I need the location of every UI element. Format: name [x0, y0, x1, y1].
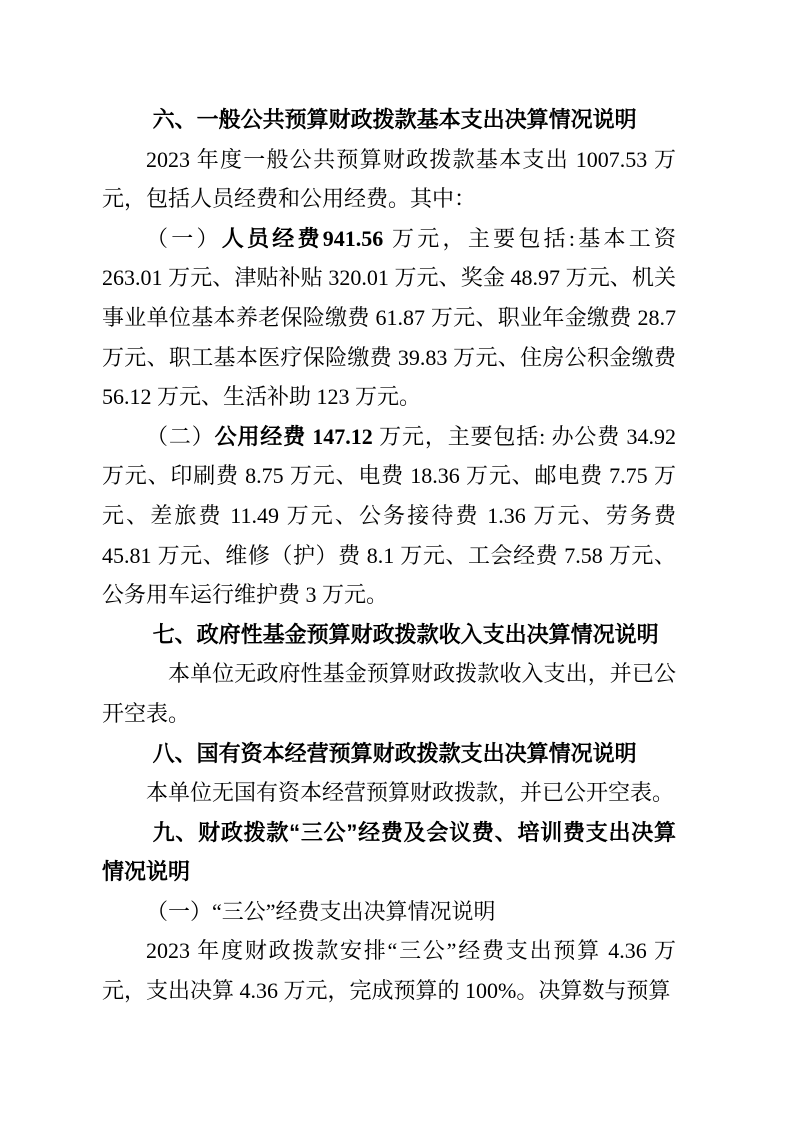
text-run: 七、政府性基金预算财政拨款收入支出决算情况说明 [153, 622, 659, 647]
heading-section-seven: 七、政府性基金预算财政拨款收入支出决算情况说明 [102, 615, 676, 655]
text-run: （二） [146, 424, 215, 449]
heading-section-nine: 九、财政拨款“三公”经费及会议费、培训费支出决算情况说明 [102, 813, 676, 892]
para-three-public-subheading: （一）“三公”经费支出决算情况说明 [102, 892, 676, 932]
text-run: （一） [146, 226, 222, 251]
heading-section-eight: 八、国有资本经营预算财政拨款支出决算情况说明 [102, 734, 676, 774]
text-run: 人员经费941.56 [222, 226, 384, 251]
text-run: 万元，主要包括:基本工资 263.01 万元、津贴补贴 320.01 万元、奖金… [102, 226, 676, 409]
document-text-block: 六、一般公共预算财政拨款基本支出决算情况说明2023 年度一般公共预算财政拨款基… [102, 100, 676, 1011]
para-govt-fund-none: 本单位无政府性基金预算财政拨款收入支出，并已公开空表。 [102, 654, 676, 733]
text-run: 公用经费 147.12 [215, 424, 373, 449]
text-run: 本单位无国有资本经营预算财政拨款，并已公开空表。 [146, 780, 674, 805]
text-run: 万元，主要包括: 办公费 34.92 万元、印刷费 8.75 万元、电费 18.… [102, 424, 676, 607]
document-page: 六、一般公共预算财政拨款基本支出决算情况说明2023 年度一般公共预算财政拨款基… [0, 0, 793, 1122]
text-run: 2023 年度一般公共预算财政拨款基本支出 1007.53 万元，包括人员经费和… [102, 147, 676, 212]
text-run: 2023 年度财政拨款安排“三公”经费支出预算 4.36 万元，支出决算 4.3… [102, 938, 676, 1003]
para-general-budget-basic-expenditure: 2023 年度一般公共预算财政拨款基本支出 1007.53 万元，包括人员经费和… [102, 140, 676, 219]
text-run: 九、财政拨款“三公”经费及会议费、培训费支出决算情况说明 [102, 820, 676, 885]
heading-section-six: 六、一般公共预算财政拨款基本支出决算情况说明 [102, 100, 676, 140]
para-public-expenses: （二）公用经费 147.12 万元，主要包括: 办公费 34.92 万元、印刷费… [102, 417, 676, 615]
text-run: （一）“三公”经费支出决算情况说明 [146, 899, 496, 924]
para-personnel-expenses: （一）人员经费941.56 万元，主要包括:基本工资 263.01 万元、津贴补… [102, 219, 676, 417]
para-three-public-budget: 2023 年度财政拨款安排“三公”经费支出预算 4.36 万元，支出决算 4.3… [102, 931, 676, 1010]
text-run: 八、国有资本经营预算财政拨款支出决算情况说明 [153, 741, 637, 766]
text-run: 六、一般公共预算财政拨款基本支出决算情况说明 [153, 107, 637, 132]
para-state-capital-none: 本单位无国有资本经营预算财政拨款，并已公开空表。 [102, 773, 676, 813]
text-run: 本单位无政府性基金预算财政拨款收入支出，并已公开空表。 [102, 661, 676, 726]
